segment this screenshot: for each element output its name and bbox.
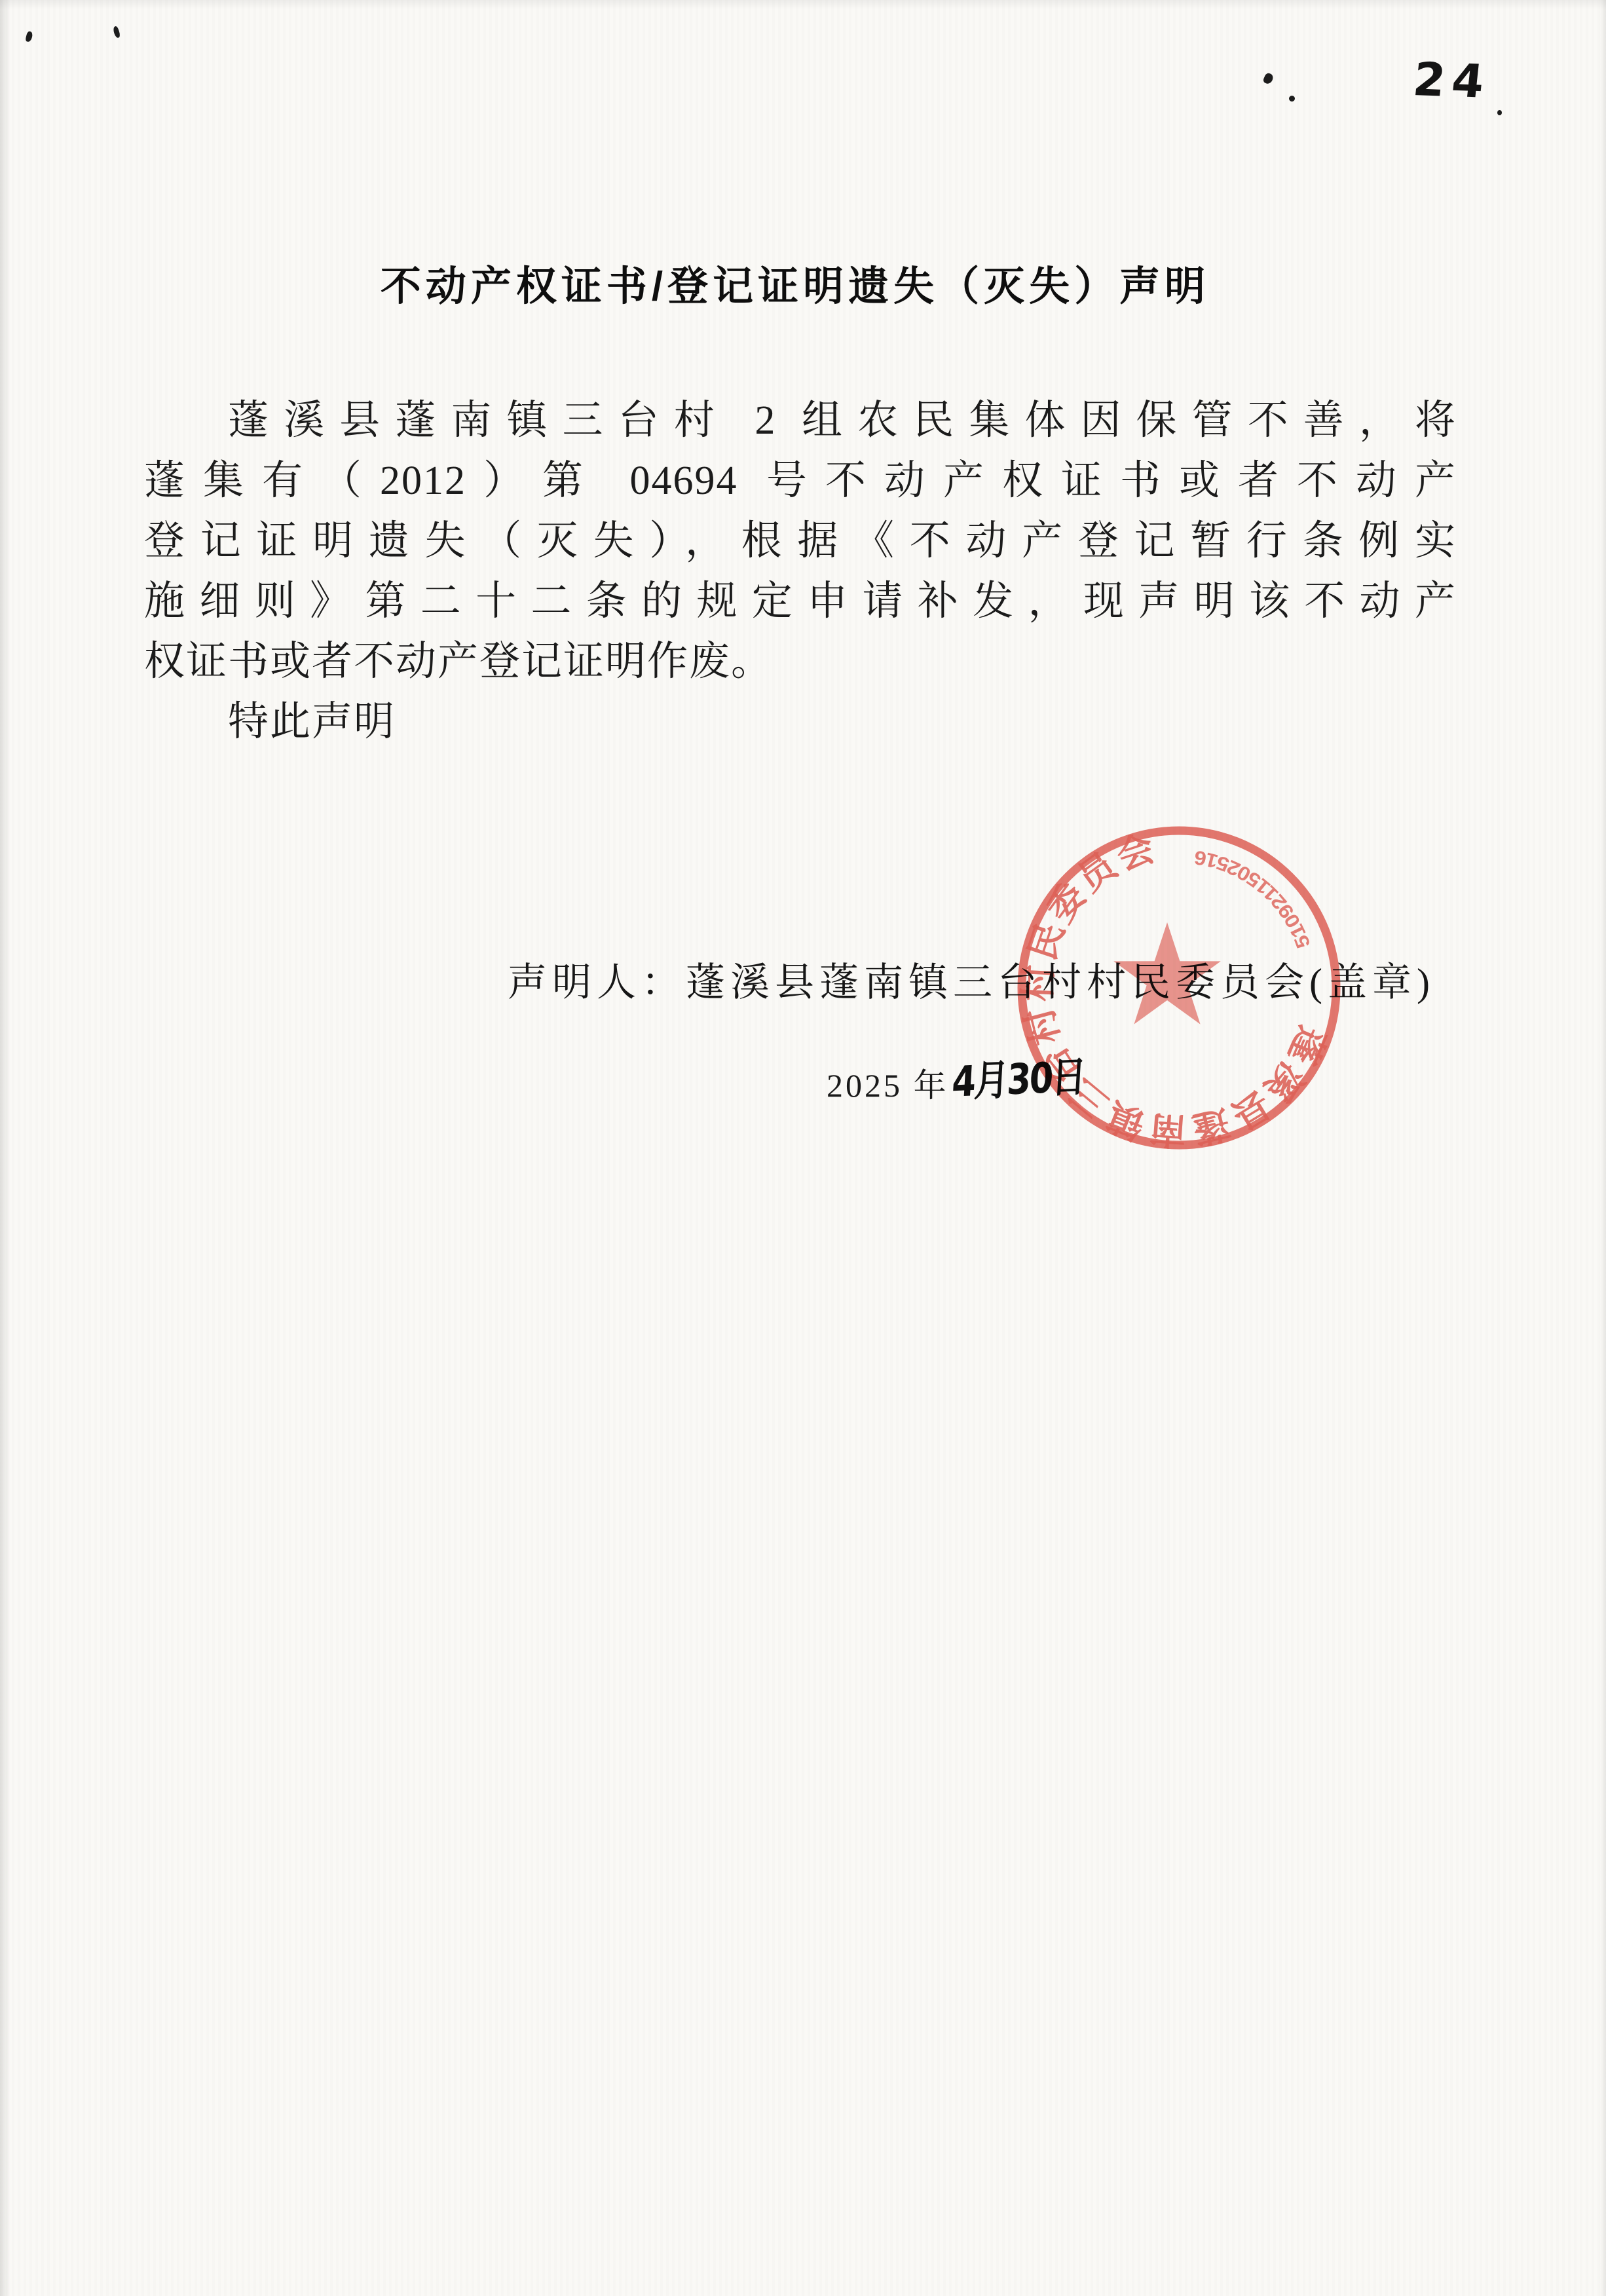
- paragraph-line: 蓬溪县蓬南镇三台村 2 组农民集体因保管不善，将: [144, 390, 1457, 451]
- date-typed-year: 2025 年: [827, 1067, 949, 1104]
- paragraph-line: 施细则》第二十二条的规定申请补发，现声明该不动产: [144, 571, 1457, 631]
- ink-speck: [1262, 72, 1274, 85]
- paragraph-line: 蓬集有（2012）第 04694 号不动产权证书或者不动产: [144, 451, 1457, 511]
- official-seal-stamp: 蓬溪县蓬南镇三台村村民委员会 5109211502516: [1009, 818, 1349, 1158]
- paragraph-line: 权证书或者不动产登记证明作废。: [144, 631, 1457, 692]
- ink-speck: [1497, 110, 1502, 115]
- page-number: 24: [1411, 56, 1493, 105]
- declaration-paragraph: 蓬溪县蓬南镇三台村 2 组农民集体因保管不善，将 蓬集有（2012）第 0469…: [144, 390, 1457, 752]
- seal-star-icon: [1113, 922, 1221, 1025]
- seal-serial-number: 5109211502516: [1193, 846, 1315, 950]
- ink-speck: [112, 26, 121, 39]
- scanned-declaration-page: 24 不动产权证书/登记证明遗失（灭失）声明 蓬溪县蓬南镇三台村 2 组农民集体…: [0, 0, 1606, 2296]
- paragraph-line: 登记证明遗失（灭失），根据《不动产登记暂行条例实: [144, 511, 1457, 571]
- document-title: 不动产权证书/登记证明遗失（灭失）声明: [0, 261, 1598, 313]
- closing-line: 特此声明: [144, 692, 1457, 752]
- ink-speck: [25, 31, 33, 43]
- ink-speck: [1289, 96, 1295, 102]
